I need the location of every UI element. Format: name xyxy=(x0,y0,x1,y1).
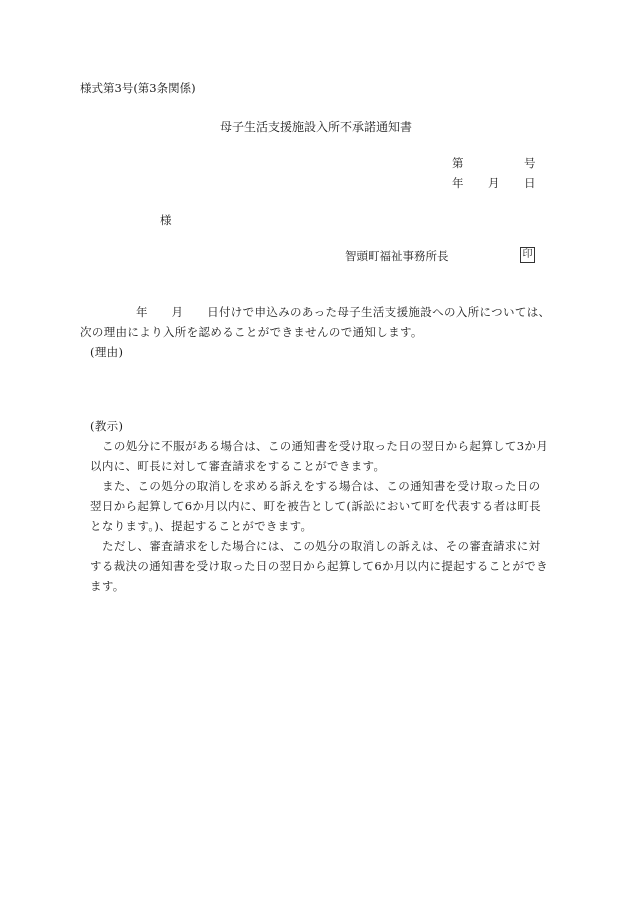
seal-mark: 印 xyxy=(520,247,535,263)
sender-name: 智頭町福祉事務所長 xyxy=(345,248,449,264)
reference-number-suffix: 号 xyxy=(524,155,536,171)
body-line-1: 年 月 日付けで申込みのあった母子生活支援施設への入所については、 xyxy=(80,302,550,322)
date-month: 月 xyxy=(488,175,500,191)
notice-heading: (教示) xyxy=(90,416,550,436)
date-year: 年 xyxy=(452,175,464,191)
reference-number-prefix: 第 xyxy=(452,155,464,171)
body-text: 年 月 日付けで申込みのあった母子生活支援施設への入所については、 次の理由によ… xyxy=(80,302,550,342)
notice-section: (教示) この処分に不服がある場合は、この通知書を受け取った日の翌日から起算して… xyxy=(90,416,550,596)
addressee: 様 xyxy=(160,212,172,228)
body-line-2: 次の理由により入所を認めることができませんので通知します。 xyxy=(80,322,550,342)
notice-paragraph-1: この処分に不服がある場合は、この通知書を受け取った日の翌日から起算して3か月以内… xyxy=(90,436,550,476)
notice-paragraph-2: また、この処分の取消しを求める訴えをする場合は、この通知書を受け取った日の翌日か… xyxy=(90,476,550,536)
form-number: 様式第3号(第3条関係) xyxy=(80,80,196,96)
notice-paragraph-3: ただし、審査請求をした場合には、この処分の取消しの訴えは、その審査請求に対する裁… xyxy=(90,536,550,596)
date-day: 日 xyxy=(524,175,536,191)
document-title: 母子生活支援施設入所不承諾通知書 xyxy=(220,119,412,135)
reason-heading: (理由) xyxy=(90,342,123,362)
